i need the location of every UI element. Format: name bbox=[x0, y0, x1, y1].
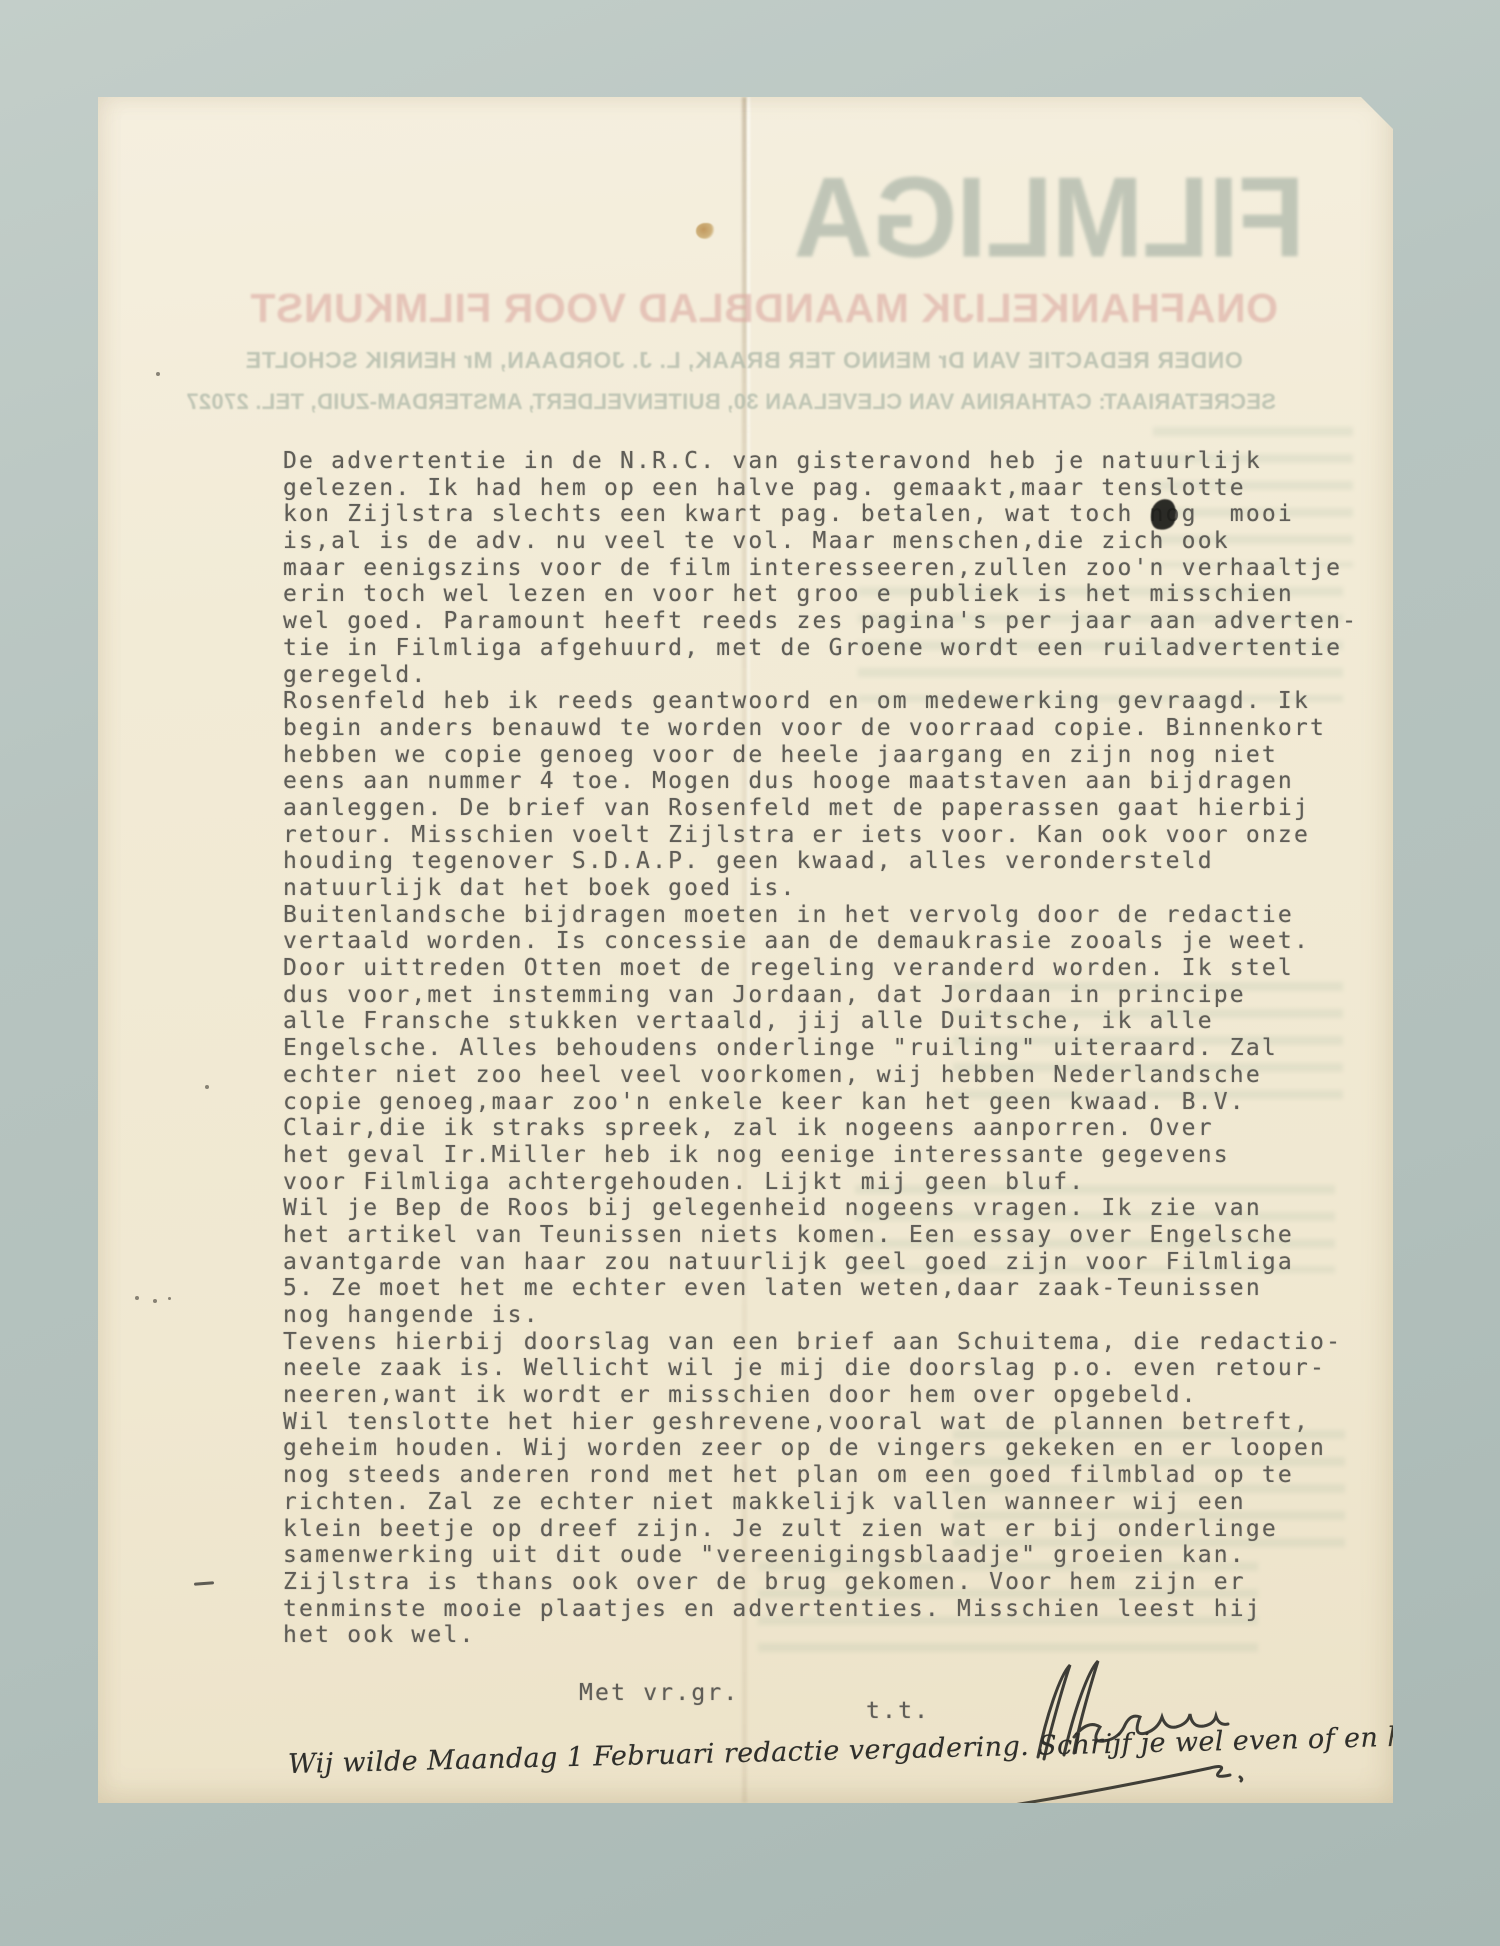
typed-line: samenwerking uit dit oude "vereenigingsb… bbox=[283, 1542, 1398, 1569]
typed-line: Zijlstra is thans ook over de brug gekom… bbox=[283, 1569, 1398, 1596]
margin-mark bbox=[168, 1297, 171, 1300]
typed-line: dus voor,met instemming van Jordaan, dat… bbox=[283, 982, 1398, 1009]
typed-line: het artikel van Teunissen niets komen. E… bbox=[283, 1222, 1398, 1249]
typed-line: echter niet zoo heel veel voorkomen, wij… bbox=[283, 1062, 1398, 1089]
typed-line: is,al is de adv. nu veel te vol. Maar me… bbox=[283, 528, 1398, 555]
typed-line: avantgarde van haar zou natuurlijk geel … bbox=[283, 1249, 1398, 1276]
typed-line: kon Zijlstra slechts een kwart pag. beta… bbox=[283, 501, 1398, 528]
typed-line: geregeld. bbox=[283, 662, 1398, 689]
letterhead-secretariat-showthrough: SECRETARIAAT: CATHARINA VAN CLEVELAAN 30… bbox=[156, 389, 1306, 415]
letter-paper: FILMLIGA ONAFHANKELIJK MAANDBLAD VOOR FI… bbox=[98, 97, 1393, 1803]
typed-line: neeren,want ik wordt er misschien door h… bbox=[283, 1382, 1398, 1409]
typed-line: het geval Ir.Miller heb ik nog eenige in… bbox=[283, 1142, 1398, 1169]
typed-line: maar eenigszins voor de film interesseer… bbox=[283, 555, 1398, 582]
closing-salutation: Met vr.gr. bbox=[579, 1680, 739, 1706]
stain-spot bbox=[696, 223, 715, 239]
typed-line: richten. Zal ze echter niet makkelijk va… bbox=[283, 1489, 1398, 1516]
margin-mark bbox=[156, 372, 160, 376]
typed-line: wel goed. Paramount heeft reeds zes pagi… bbox=[283, 608, 1398, 635]
typed-line: gelezen. Ik had hem op een halve pag. ge… bbox=[283, 475, 1398, 502]
typed-line: aanleggen. De brief van Rosenfeld met de… bbox=[283, 795, 1398, 822]
margin-mark bbox=[153, 1299, 157, 1303]
letterhead-subtitle-showthrough: ONAFHANKELIJK MAANDBLAD VOOR FILMKUNST bbox=[226, 285, 1302, 332]
typed-line: tenminste mooie plaatjes en advertenties… bbox=[283, 1596, 1398, 1623]
margin-dash bbox=[194, 1581, 214, 1585]
typed-line: nog hangende is. bbox=[283, 1302, 1398, 1329]
typed-line: voor Filmliga achtergehouden. Lijkt mij … bbox=[283, 1169, 1398, 1196]
typed-line: klein beetje op dreef zijn. Je zult zien… bbox=[283, 1516, 1398, 1543]
typed-line: eens aan nummer 4 toe. Mogen dus hooge m… bbox=[283, 768, 1398, 795]
typed-letter-body: De advertentie in de N.R.C. van gisterav… bbox=[283, 448, 1398, 1649]
typed-line: Tevens hierbij doorslag van een brief aa… bbox=[283, 1329, 1398, 1356]
typed-line: hebben we copie genoeg voor de heele jaa… bbox=[283, 742, 1398, 769]
margin-mark bbox=[135, 1296, 139, 1300]
typed-line: Rosenfeld heb ik reeds geantwoord en om … bbox=[283, 688, 1398, 715]
margin-mark bbox=[205, 1085, 209, 1089]
typed-line: Buitenlandsche bijdragen moeten in het v… bbox=[283, 902, 1398, 929]
typed-line: neele zaak is. Wellicht wil je mij die d… bbox=[283, 1355, 1398, 1382]
typed-line: Wil je Bep de Roos bij gelegenheid nogee… bbox=[283, 1195, 1398, 1222]
letterhead-logo-showthrough: FILMLIGA bbox=[803, 162, 1305, 282]
typed-line: copie genoeg,maar zoo'n enkele keer kan … bbox=[283, 1089, 1398, 1116]
typed-line: natuurlijk dat het boek goed is. bbox=[283, 875, 1398, 902]
typed-line: erin toch wel lezen en voor het groo e p… bbox=[283, 581, 1398, 608]
typed-line: vertaald worden. Is concessie aan de dem… bbox=[283, 928, 1398, 955]
typed-line: 5. Ze moet het me echter even laten wete… bbox=[283, 1275, 1398, 1302]
typed-line: Door uittreden Otten moet de regeling ve… bbox=[283, 955, 1398, 982]
typed-line: De advertentie in de N.R.C. van gisterav… bbox=[283, 448, 1398, 475]
typed-line: Engelsche. Alles behoudens onderlinge "r… bbox=[283, 1035, 1398, 1062]
typed-line: Wil tenslotte het hier geshrevene,vooral… bbox=[283, 1409, 1398, 1436]
scanned-letter-scene: FILMLIGA ONAFHANKELIJK MAANDBLAD VOOR FI… bbox=[0, 0, 1500, 1946]
typed-line: geheim houden. Wij worden zeer op de vin… bbox=[283, 1435, 1398, 1462]
typed-line: alle Fransche stukken vertaald, jij alle… bbox=[283, 1008, 1398, 1035]
typed-line: Clair,die ik straks spreek, zal ik nogee… bbox=[283, 1115, 1398, 1142]
typed-line: tie in Filmliga afgehuurd, met de Groene… bbox=[283, 635, 1398, 662]
typed-line: nog steeds anderen rond met het plan om … bbox=[283, 1462, 1398, 1489]
typed-line: houding tegenover S.D.A.P. geen kwaad, a… bbox=[283, 848, 1398, 875]
typed-line: retour. Misschien voelt Zijlstra er iets… bbox=[283, 822, 1398, 849]
typed-line: begin anders benauwd te worden voor de v… bbox=[283, 715, 1398, 742]
